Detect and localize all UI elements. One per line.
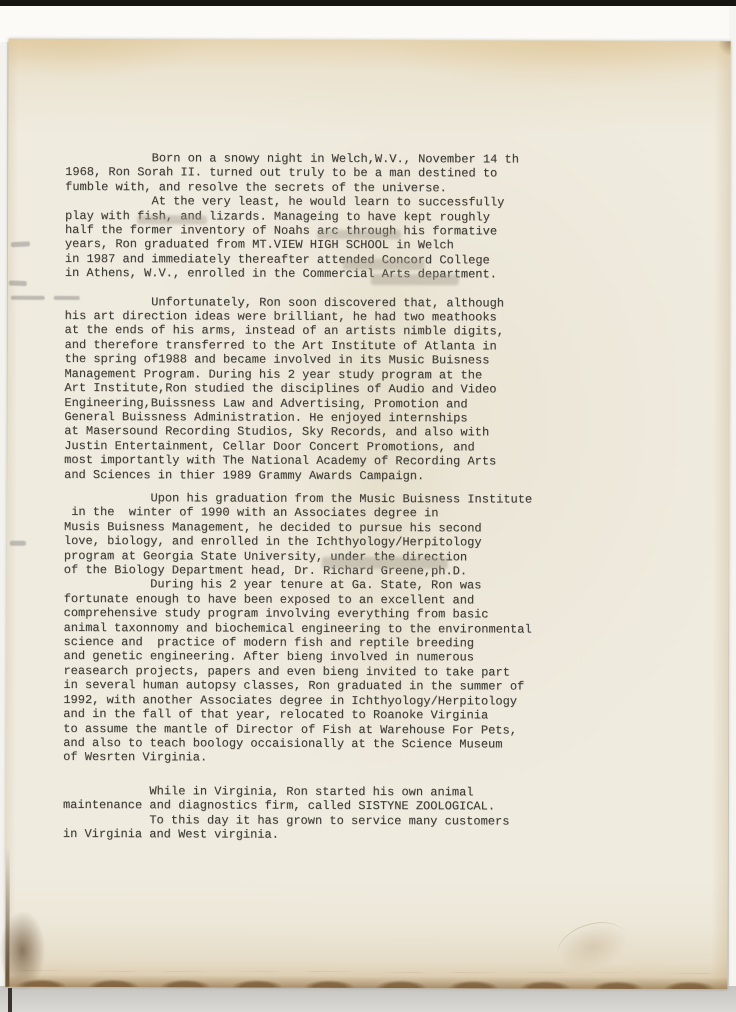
erasure-smudge xyxy=(343,259,425,270)
page-corner-shadow xyxy=(719,41,731,55)
scanned-paper-page: Born on a snowy night in Welch,W.V., Nov… xyxy=(5,39,730,990)
pencil-mark xyxy=(54,296,80,300)
paragraph-2: At the very least, he would learn to suc… xyxy=(65,194,519,282)
typewritten-text-block-2: Upon his graduation from the Music Buisn… xyxy=(63,491,532,766)
page-edge-shadow xyxy=(5,847,9,987)
erasure-smudge xyxy=(137,215,207,224)
paragraph-4: Upon his graduation from the Music Buisn… xyxy=(64,491,532,579)
scanner-background-top xyxy=(0,6,736,42)
typewritten-text-block-3: While in Virginia, Ron started his own a… xyxy=(63,784,510,843)
scanner-background-bottom xyxy=(0,986,736,1012)
paragraph-6: While in Virginia, Ron started his own a… xyxy=(63,784,510,843)
erasure-smudge xyxy=(317,230,401,239)
stain-mark xyxy=(551,914,633,979)
paper-stack-edge xyxy=(8,988,12,1012)
typewritten-text-block-1: Born on a snowy night in Welch,W.V., Nov… xyxy=(64,151,519,484)
paragraph-5: During his 2 year tenure at Ga. State, R… xyxy=(63,577,532,766)
paragraph-1: Born on a snowy night in Welch,W.V., Nov… xyxy=(65,151,519,196)
paragraph-3: Unfortunately, Ron soon discovered that,… xyxy=(64,295,518,484)
pencil-mark xyxy=(11,241,30,247)
curled-bottom-edge xyxy=(5,971,727,990)
pencil-mark xyxy=(10,541,26,546)
erasure-smudge xyxy=(322,557,448,569)
pencil-mark xyxy=(9,280,27,286)
pencil-mark xyxy=(11,296,45,300)
erasure-smudge xyxy=(371,274,459,285)
